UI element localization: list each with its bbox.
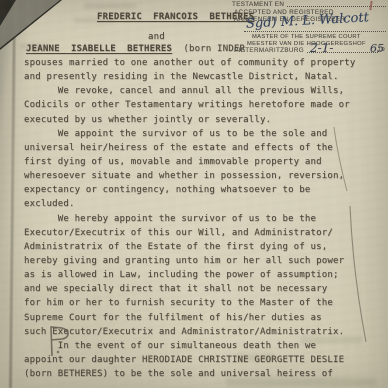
document-line: (born BETHERES) to be the sole and unive…: [24, 367, 376, 381]
document-line: universal heir/heiress of the estate and…: [24, 141, 376, 155]
registration-stamp: TESTAMENT EN ACCEPTED AND REGISTERED AAN…: [230, 0, 388, 60]
document-line: appoint our daughter HERODIADE CHRISTINE…: [24, 353, 376, 367]
document-line: hereby giving and granting unto him or h…: [24, 254, 376, 268]
document-line: for him or her to furnish security to th…: [24, 296, 376, 310]
typed-body: spouses married to one another out of co…: [24, 56, 376, 381]
document-line: Executor/Executrix of this our Will, and…: [24, 226, 376, 240]
document-line: and we specially direct that it shall no…: [24, 282, 376, 296]
document-line: wheresoever situate and whether in posse…: [24, 169, 376, 183]
signature-dotted-line: [244, 31, 386, 32]
conjunction-and: and: [148, 32, 165, 42]
document-line: Codicils or other Testamentary writings …: [24, 98, 376, 112]
document-line: Administratrix of the Estate of the firs…: [24, 240, 376, 254]
document-line: first dying of us, movable and immovable…: [24, 155, 376, 169]
will-document-photo: FREDERIC FRANCOIS BETHERES and JEANNE IS…: [0, 0, 388, 388]
document-line: Supreme Court for the fulfilment of his/…: [24, 311, 376, 325]
document-line: We hereby appoint the survivor of us to …: [24, 212, 376, 226]
stamp-office-en: MASTER OF THE SUPREME COURT: [252, 34, 361, 40]
testator-name-2-line: JEANNE ISABELLE BETHERES (born INDER: [26, 44, 245, 54]
handwritten-date-day-month: 2-1-: [310, 41, 333, 55]
document-line: expectancy or contingency, nothing whats…: [24, 183, 376, 197]
document-line: and presently residing in the Newcastle …: [24, 70, 376, 84]
stamp-testament-en: TESTAMENT EN: [232, 1, 284, 8]
stamp-place: PIETERMARITZBURG: [234, 47, 304, 54]
handwritten-date-year: 65: [370, 42, 384, 55]
document-line: We revoke, cancel and annul all the prev…: [24, 84, 376, 98]
testator-name-2: JEANNE ISABELLE BETHERES: [26, 44, 172, 54]
document-line: We appoint the survivor of us to be the …: [24, 127, 376, 141]
document-line: such Executor/Executrix and Administrato…: [24, 325, 376, 339]
stamp-office-af: MEESTER VAN DIE HOOGGEREGSHOF: [247, 41, 366, 47]
document-line: executed by us whether jointly or severa…: [24, 113, 376, 127]
document-line: excluded.: [24, 197, 376, 211]
bleed-through-smudge: [84, 3, 136, 9]
document-line: as is allowed in Law, including the powe…: [24, 268, 376, 282]
document-line: In the event of our simultaneous death t…: [24, 339, 376, 353]
